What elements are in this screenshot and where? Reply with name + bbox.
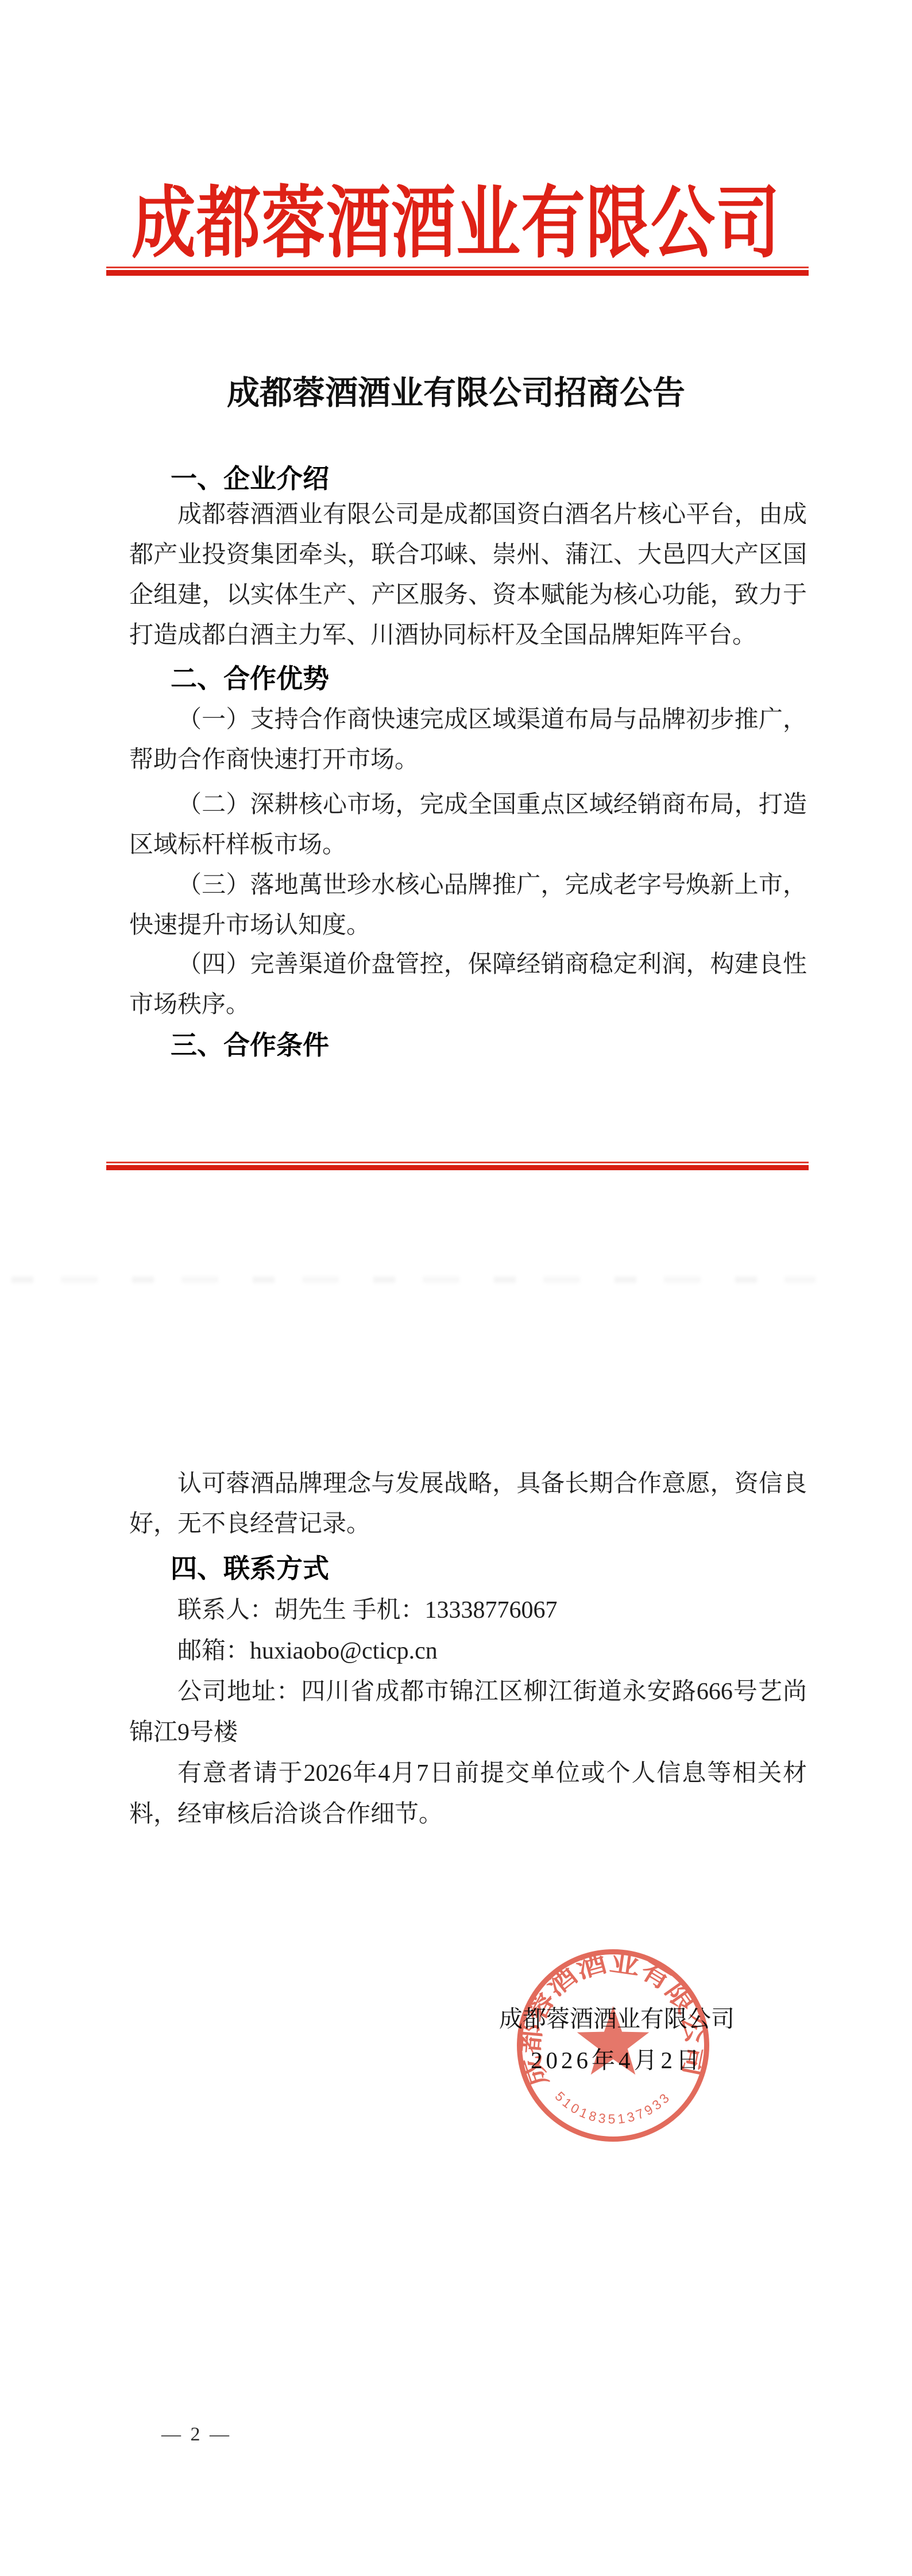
page-break-rule-thick bbox=[106, 1165, 809, 1170]
letterhead-company-name: 成都蓉酒酒业有限公司 bbox=[0, 185, 912, 264]
section-heading-company-intro: 一、企业介绍 bbox=[171, 463, 329, 495]
paragraph-advantage-1: （一）支持合作商快速完成区域渠道布局与品牌初步推广，帮助合作商快速打开市场。 bbox=[129, 700, 807, 780]
paragraph-condition: 认可蓉酒品牌理念与发展战略，具备长期合作意愿，资信良好，无不良经营记录。 bbox=[129, 1464, 807, 1544]
section-heading-cooperation-advantages: 二、合作优势 bbox=[171, 663, 329, 695]
paragraph-advantage-4: （四）完善渠道价盘管控，保障经销商稳定利润，构建良性市场秩序。 bbox=[129, 944, 807, 1025]
document-title: 成都蓉酒酒业有限公司招商公告 bbox=[0, 373, 912, 414]
contact-email-line: 邮箱：huxiaobo@cticp.cn bbox=[129, 1631, 807, 1672]
seal-star-icon bbox=[577, 2006, 650, 2074]
paragraph-advantage-2: （二）深耕核心市场，完成全国重点区域经销商布局，打造区域标杆样板市场。 bbox=[129, 785, 807, 865]
page-break-rule-thin bbox=[106, 1162, 809, 1163]
paragraph-company-intro: 成都蓉酒酒业有限公司是成都国资白酒名片核心平台，由成都产业投资集团牵头，联合邛崃… bbox=[129, 495, 807, 655]
section-heading-cooperation-conditions: 三、合作条件 bbox=[171, 1029, 329, 1061]
letterhead-rule-thick bbox=[106, 270, 809, 276]
section-heading-contact-info: 四、联系方式 bbox=[171, 1553, 329, 1584]
seal-code-text-path: 5101835137933 bbox=[552, 2089, 674, 2127]
page-number: — 2 — bbox=[161, 2423, 231, 2446]
submission-deadline-line: 有意者请于2026年4月7日前提交单位或个人信息等相关材料，经审核后洽谈合作细节… bbox=[129, 1753, 807, 1835]
letterhead-rule-thin bbox=[106, 267, 809, 268]
paragraph-advantage-3: （三）落地萬世珍水核心品牌推广，完成老字号焕新上市，快速提升市场认知度。 bbox=[129, 865, 807, 946]
company-address-line: 公司地址：四川省成都市锦江区柳江街道永安路666号艺尚锦江9号楼 bbox=[129, 1672, 807, 1753]
document-page: 成都蓉酒酒业有限公司 成都蓉酒酒业有限公司招商公告 一、企业介绍 成都蓉酒酒业有… bbox=[0, 0, 912, 2576]
company-seal-icon: 成都蓉酒酒业有限公司 5101835137933 bbox=[514, 1946, 712, 2145]
seal-code-text: 5101835137933 bbox=[552, 2089, 674, 2127]
scan-artifact-band bbox=[11, 1277, 816, 1283]
contact-person-line: 联系人：胡先生 手机：13338776067 bbox=[129, 1590, 807, 1631]
